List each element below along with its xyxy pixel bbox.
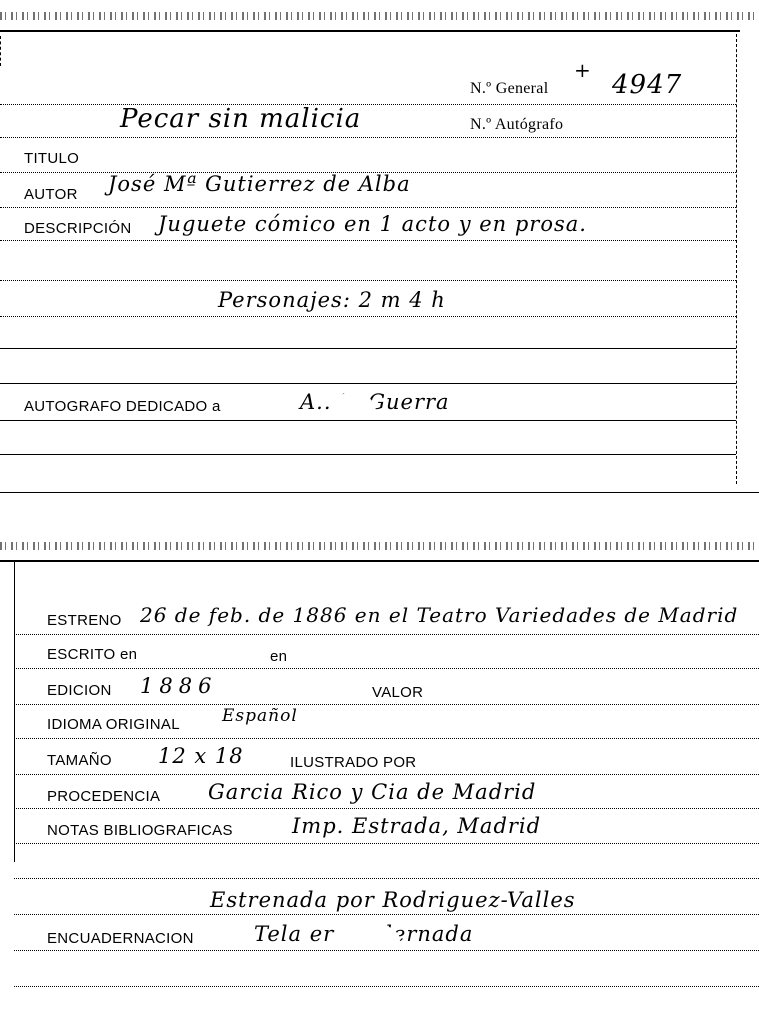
rule (0, 137, 736, 138)
idioma-value: Español (222, 706, 298, 726)
edicion-value: 1886 (140, 674, 217, 698)
autor-label: AUTOR (24, 186, 78, 203)
notas-label: NOTAS BIBLIOGRAFICAS (47, 822, 233, 839)
edicion-label: EDICION (47, 682, 112, 699)
general-number-label: N.º General (470, 80, 548, 98)
rule (0, 240, 736, 241)
rule (14, 950, 759, 951)
descripcion-label: DESCRIPCIÓN (24, 220, 131, 237)
rule (14, 808, 759, 809)
descripcion-value: Juguete cómico en 1 acto y en prosa. (158, 212, 587, 236)
general-number-value: 4947 (612, 70, 682, 100)
rule (0, 316, 736, 317)
procedencia-label: PROCEDENCIA (47, 788, 160, 805)
tamano-value: 12 x 18 (158, 744, 244, 768)
rule (0, 104, 736, 105)
rule (0, 348, 736, 349)
estreno-label: ESTRENO (47, 612, 122, 629)
card-top-right-edge (736, 34, 737, 484)
autograph-number-label: N.º Autógrafo (470, 116, 563, 134)
notas-value: Imp. Estrada, Madrid (292, 814, 541, 838)
card-top-border (0, 30, 740, 32)
general-number-mark: + (574, 58, 592, 82)
tamano-label: TAMAÑO (47, 752, 112, 769)
rule (0, 207, 736, 208)
rule (14, 843, 759, 844)
scan-noise-top (0, 12, 759, 20)
scan-noise-bottom (0, 542, 759, 550)
escrito-en-label: en (270, 648, 287, 665)
card-top-left-edge (0, 36, 1, 66)
card-top-bottom-edge (0, 492, 759, 493)
autor-value: José Mª Gutierrez de Alba (108, 172, 411, 196)
rule (14, 878, 759, 879)
title-handwritten: Pecar sin malicia (120, 104, 361, 134)
escrito-label: ESCRITO en (47, 646, 137, 663)
rule (14, 668, 759, 669)
rule (14, 986, 759, 987)
personajes-value: Personajes: 2 m 4 h (218, 288, 446, 312)
valor-label: VALOR (372, 684, 423, 701)
encuadernacion-label: ENCUADERNACION (47, 930, 194, 947)
rule (14, 738, 759, 739)
dedicado-label: AUTOGRAFO DEDICADO a (24, 398, 221, 415)
estreno-value: 26 de feb. de 1886 en el Teatro Variedad… (140, 603, 738, 627)
rule (0, 454, 736, 455)
card-bottom-left-edge (14, 562, 15, 862)
idioma-label: IDIOMA ORIGINAL (47, 716, 180, 733)
rule (0, 383, 736, 384)
rule (14, 774, 759, 775)
procedencia-value: Garcia Rico y Cia de Madrid (208, 780, 536, 804)
notas-extra: Estrenada por Rodriguez-Valles (210, 888, 576, 912)
card-bottom-border (0, 560, 759, 562)
rule (0, 280, 736, 281)
rule (14, 634, 759, 635)
redaction-blot (330, 922, 400, 958)
rule (14, 704, 759, 705)
rule (0, 420, 736, 421)
ilustrado-label: ILUSTRADO POR (290, 754, 416, 771)
titulo-label: TITULO (24, 150, 79, 167)
rule (14, 914, 759, 915)
redaction-blot (330, 392, 376, 432)
